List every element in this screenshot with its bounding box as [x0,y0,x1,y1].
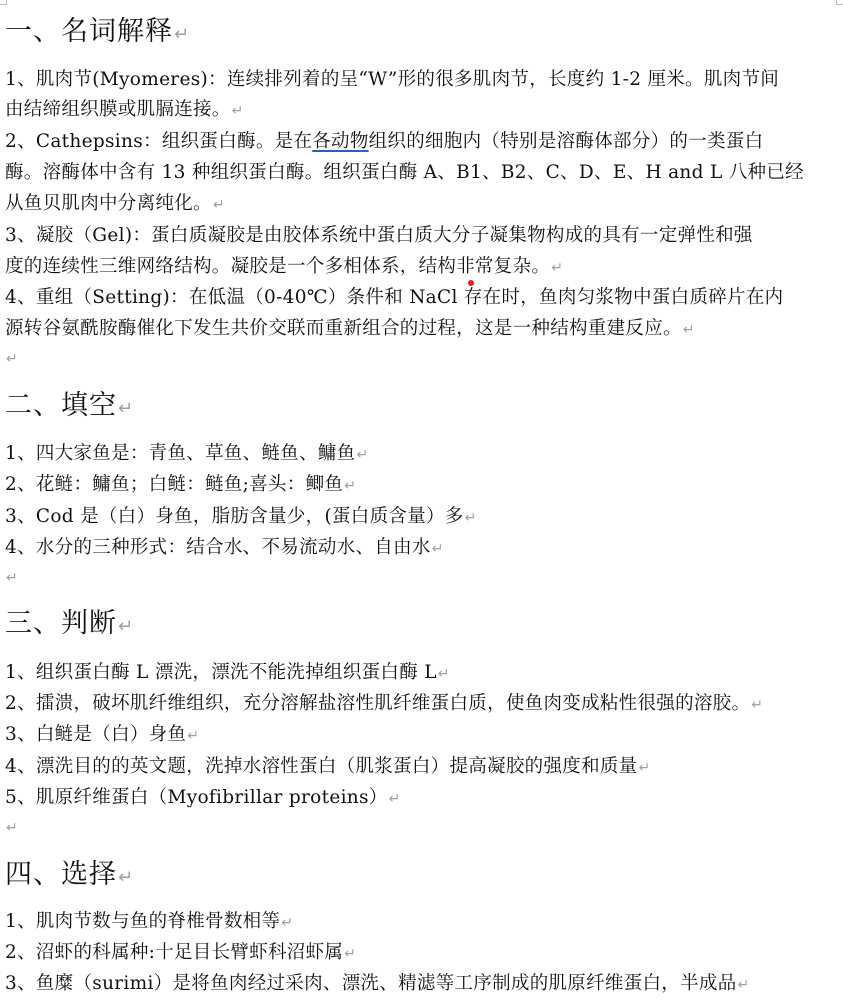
paragraph-mark-icon: ↵ [118,616,134,637]
paragraph-line[interactable]: 由结缔组织膜或肌膈连接。↵ [5,98,244,123]
paragraph-line[interactable]: 酶。溶酶体中含有 13 种组织蛋白酶。组织蛋白酶 A、B1、B2、C、D、E、H… [5,161,804,185]
list-item[interactable]: 3、Cod 是（白）身鱼，脂肪含量少，(蛋白质含量）多↵ [5,505,477,530]
paragraph-mark-icon: ↵ [213,197,225,213]
list-item[interactable]: 2、花鲢：鳙鱼；白鲢：鲢鱼;喜头：鲫鱼↵ [5,473,356,498]
list-item[interactable]: 3、鱼糜（surimi）是将鱼肉经过采肉、漂洗、精滤等工序制成的肌原纤维蛋白，半… [5,972,750,997]
paragraph-mark-icon: ↵ [118,398,134,419]
empty-paragraph[interactable]: ↵ [5,565,18,590]
section-heading-4[interactable]: 四、选择↵ [5,859,134,894]
page-corner-mark-right [836,0,843,5]
list-item[interactable]: 1、四大家鱼是：青鱼、草鱼、鲢鱼、鳙鱼↵ [5,442,369,467]
paragraph-mark-icon: ↵ [551,260,563,276]
paragraph-mark-icon: ↵ [344,946,356,962]
paragraph-mark-icon: ↵ [751,697,763,713]
list-item[interactable]: 4、水分的三种形式：结合水、不易流动水、自由水↵ [5,536,444,561]
paragraph-mark-icon: ↵ [438,666,450,682]
paragraph-mark-icon: ↵ [281,915,293,931]
list-item[interactable]: 3、白鲢是（白）身鱼↵ [5,723,199,748]
paragraph-mark-icon: ↵ [6,820,18,836]
paragraph-mark-icon: ↵ [465,510,477,526]
list-item[interactable]: 5、肌原纤维蛋白（Myofibrillar proteins）↵ [5,786,401,811]
list-item[interactable]: 1、肌肉节数与鱼的脊椎骨数相等↵ [5,910,293,935]
paragraph-mark-icon: ↵ [6,570,18,586]
paragraph-mark-icon: ↵ [738,977,750,993]
paragraph-mark-icon: ↵ [187,728,199,744]
paragraph-mark-icon: ↵ [232,103,244,119]
paragraph-line[interactable]: 1、肌肉节(Myomeres)：连续排列着的呈“W”形的很多肌肉节，长度约 1-… [5,68,779,92]
paragraph-mark-icon: ↵ [389,791,401,807]
paragraph-line[interactable]: 3、凝胶（Gel)：蛋白质凝胶是由胶体系统中蛋白质大分子凝集物构成的具有一定弹性… [5,224,753,248]
list-item[interactable]: 2、擂溃，破坏肌纤维组织，充分溶解盐溶性肌纤维蛋白质，使鱼肉变成粘性很强的溶胶。… [5,692,763,717]
paragraph-line[interactable]: 2、Cathepsins：组织蛋白酶。是在各动物组织的细胞内（特别是溶酶体部分）… [5,130,763,154]
paragraph-line[interactable]: 从鱼贝肌肉中分离纯化。↵ [5,192,225,217]
paragraph-line[interactable]: 源转谷氨酰胺酶催化下发生共价交联而重新组合的过程，这是一种结构重建反应。↵ [5,317,695,342]
paragraph-line[interactable]: 度的连续性三维网络结构。凝胶是一个多相体系，结构非常复杂。↵ [5,255,563,280]
empty-paragraph[interactable]: ↵ [5,815,18,840]
list-item[interactable]: 4、漂洗目的的英文题，洗掉水溶性蛋白（肌浆蛋白）提高凝胶的强度和质量↵ [5,755,651,780]
spellcheck-underlined-word[interactable]: 各动物 [312,131,368,152]
section-heading-1[interactable]: 一、名词解释↵ [5,16,190,51]
empty-paragraph[interactable]: ↵ [5,346,18,371]
list-item[interactable]: 2、沼虾的科属种:十足目长臂虾科沼虾属↵ [5,941,356,966]
paragraph-mark-icon: ↵ [683,322,695,338]
section-heading-2[interactable]: 二、填空↵ [5,390,134,425]
paragraph-mark-icon: ↵ [638,760,650,776]
paragraph-mark-icon: ↵ [356,447,368,463]
paragraph-mark-icon: ↵ [174,24,190,45]
paragraph-mark-icon: ↵ [344,478,356,494]
page-corner-mark-left [0,0,7,5]
list-item[interactable]: 1、组织蛋白酶 L 漂洗，漂洗不能洗掉组织蛋白酶 L↵ [5,661,450,686]
paragraph-line[interactable]: 4、重组（Setting)：在低温（0-40℃）条件和 NaCl 存在时，鱼肉匀… [5,286,783,310]
paragraph-mark-icon: ↵ [432,541,444,557]
section-heading-3[interactable]: 三、判断↵ [5,608,134,643]
paragraph-mark-icon: ↵ [118,867,134,888]
paragraph-mark-icon: ↵ [6,351,18,367]
